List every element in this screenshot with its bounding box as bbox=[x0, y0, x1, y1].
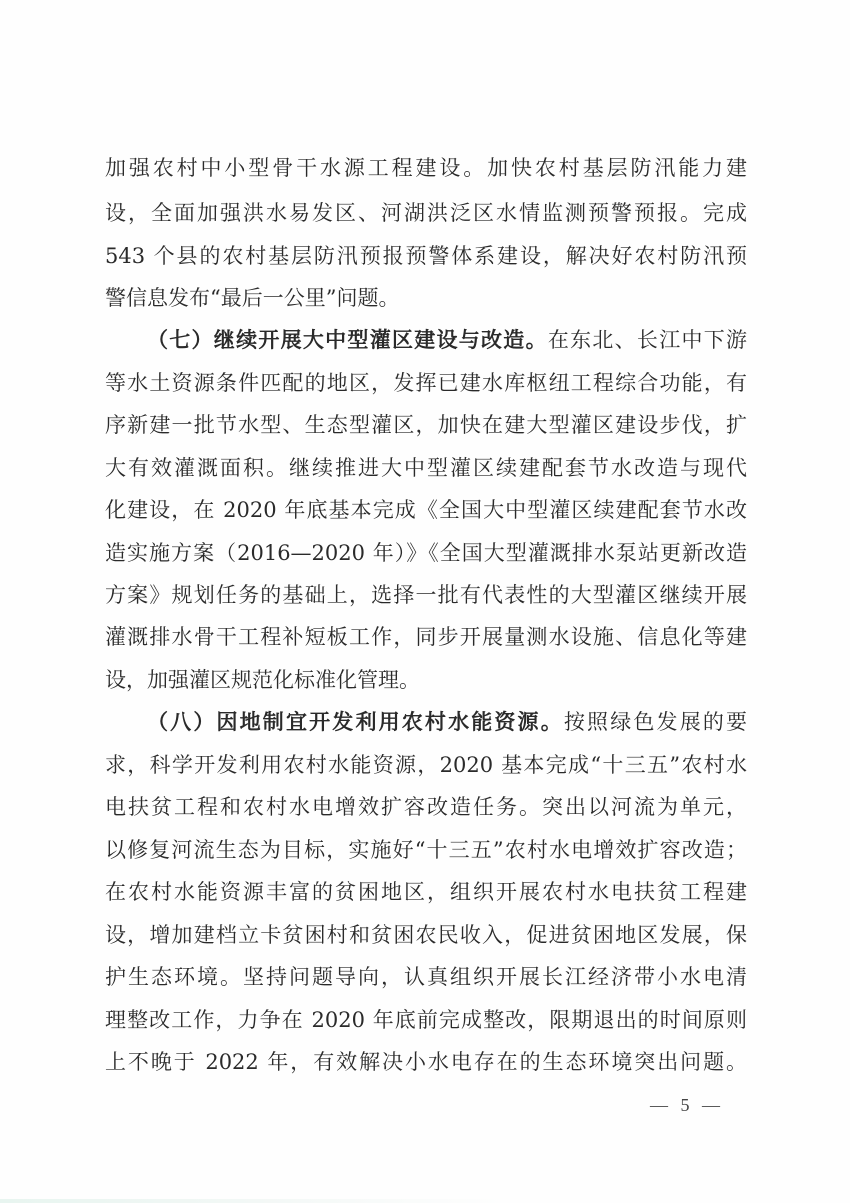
text-line: 灌溉排水骨干工程补短板工作，同步开展量测水设施、信息化等建 bbox=[105, 622, 747, 652]
text-line: 电扶贫工程和农村水电增效扩容改造任务。突出以河流为单元， bbox=[105, 792, 747, 822]
text-line: 化建设，在 2020 年底基本完成《全国大中型灌区续建配套节水改 bbox=[105, 495, 747, 525]
text-fragment: 在东北、长江中下游 bbox=[548, 328, 747, 352]
page-number: — 5 — bbox=[640, 1092, 730, 1118]
section-heading-eight: （八）因地制宜开发利用农村水能资源。 bbox=[147, 709, 564, 734]
text-line: 等水土资源条件匹配的地区，发挥已建水库枢纽工程综合功能，有 bbox=[105, 368, 747, 398]
text-line: 护生态环境。坚持问题导向，认真组织开展长江经济带小水电清 bbox=[105, 962, 747, 992]
text-line: 以修复河流生态为目标，实施好“十三五”农村水电增效扩容改造； bbox=[105, 835, 747, 865]
text-line: 理整改工作，力争在 2020 年底前完成整改，限期退出的时间原则 bbox=[105, 1005, 747, 1035]
text-line: 序新建一批节水型、生态型灌区，加快在建大型灌区建设步伐，扩 bbox=[105, 410, 747, 440]
text-line: 加强农村中小型骨干水源工程建设。加快农村基层防汛能力建 bbox=[105, 153, 747, 183]
text-line: 上不晚于 2022 年，有效解决小水电存在的生态环境突出问题。 bbox=[105, 1047, 747, 1077]
section-heading-seven: （七）继续开展大中型灌区建设与改造。 bbox=[147, 327, 548, 352]
document-page: 加强农村中小型骨干水源工程建设。加快农村基层防汛能力建 设，全面加强洪水易发区、… bbox=[0, 0, 850, 1203]
section-heading-line: （七）继续开展大中型灌区建设与改造。在东北、长江中下游 bbox=[147, 325, 747, 355]
text-line: 设，全面加强洪水易发区、河湖洪泛区水情监测预警预报。完成 bbox=[105, 198, 747, 228]
text-fragment: 按照绿色发展的要 bbox=[564, 710, 747, 734]
text-line: 设，加强灌区规范化标准化管理。 bbox=[105, 665, 747, 695]
text-line: 方案》规划任务的基础上，选择一批有代表性的大型灌区继续开展 bbox=[105, 580, 747, 610]
text-line: 543 个县的农村基层防汛预报预警体系建设，解决好农村防汛预 bbox=[105, 241, 747, 271]
section-heading-line: （八）因地制宜开发利用农村水能资源。按照绿色发展的要 bbox=[147, 707, 747, 737]
text-line: 大有效灌溉面积。继续推进大中型灌区续建配套节水改造与现代 bbox=[105, 453, 747, 483]
text-line: 造实施方案（2016—2020 年）》《全国大型灌溉排水泵站更新改造 bbox=[105, 538, 747, 568]
text-line: 在农村水能资源丰富的贫困地区，组织开展农村水电扶贫工程建 bbox=[105, 877, 747, 907]
text-line: 设，增加建档立卡贫困村和贫困农民收入，促进贫困地区发展，保 bbox=[105, 920, 747, 950]
text-line: 警信息发布“最后一公里”问题。 bbox=[105, 283, 747, 313]
text-line: 求，科学开发利用农村水能资源，2020 基本完成“十三五”农村水 bbox=[105, 750, 747, 780]
scan-edge bbox=[0, 1199, 850, 1203]
